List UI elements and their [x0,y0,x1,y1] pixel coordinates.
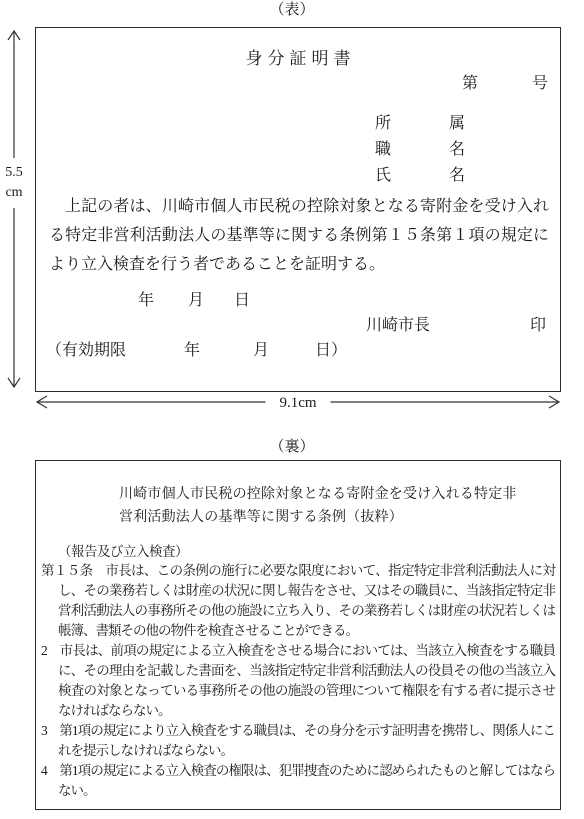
number-suffix: 号 [532,70,548,93]
id-card-front: 身分証明書 第 号 所 属 職 名 氏 名 上記の者は、川崎市個人市民税の控除対… [35,27,561,392]
holder-fields: 所 属 職 名 氏 名 [375,111,465,189]
ordinance-title-line-1: 川崎市個人市民税の控除対象となる寄附金を受け入れる特定非 [119,483,517,506]
clause-item-2: 2 市長は、前項の規定による立入検査をさせる場合においては、当該立入検査をする職… [41,641,555,721]
certification-text: 上記の者は、川崎市個人市民税の控除対象となる寄附金を受け入れる特定非営利活動法人… [49,192,549,279]
field-row-position: 職 名 [375,137,465,163]
field-position-char-1: 職 [375,137,391,163]
field-name-char-2: 名 [449,163,465,189]
back-side-label: （裏） [0,438,584,457]
height-dimension-unit: cm [1,183,27,203]
field-affiliation-char-2: 属 [449,111,465,137]
validity-open: （有効期限 [46,337,126,360]
clause-caption: （報告及び立入検査） [58,540,188,560]
issue-date-line: 年 月 日 [138,287,250,310]
ordinance-title-line-2: 営利活動法人の基準等に関する条例（抜粋） [119,506,517,529]
ordinance-title: 川崎市個人市民税の控除対象となる寄附金を受け入れる特定非 営利活動法人の基準等に… [119,483,517,529]
height-dimension: 5.5 cm [1,28,27,390]
width-dimension: 9.1cm [35,392,561,418]
id-card-back: 川崎市個人市民税の控除対象となる寄附金を受け入れる特定非 営利活動法人の基準等に… [35,460,561,810]
clause-item-3: 3 第1項の規定により立入検査をする職員は、その身分を示す証明書を携帯し、関係人… [41,721,555,761]
clause-item-4: 4 第1項の規定による立入検査の権限は、犯罪捜査のために認められたものと解しては… [41,761,555,801]
issuer-line: 川崎市長 印 [36,312,560,335]
certificate-number-line: 第 号 [462,70,548,93]
number-prefix: 第 [462,70,478,93]
field-affiliation-char-1: 所 [375,111,391,137]
validity-month-label: 月 [253,337,269,360]
clause-article-15: 第１５条 市長は、この条例の施行に必要な限度において、指定特定非営利活動法人に対… [41,561,555,641]
field-position-char-2: 名 [449,137,465,163]
height-dimension-arrow-icon [1,28,27,390]
document-page: （表） 5.5 cm 身分証明書 第 号 所 属 職 名 [0,0,584,819]
height-dimension-value: 5.5 [1,163,27,183]
width-dimension-label: 9.1cm [265,394,330,413]
front-side-label: （表） [0,1,584,20]
ordinance-clauses: 第１５条 市長は、この条例の施行に必要な限度において、指定特定非営利活動法人に対… [41,561,555,801]
date-month-label: 月 [188,287,204,310]
validity-year-label: 年 [184,337,200,360]
card-title: 身分証明書 [36,44,560,69]
issuer-name: 川崎市長 [366,312,430,335]
field-name-char-1: 氏 [375,163,391,189]
field-row-affiliation: 所 属 [375,111,465,137]
height-dimension-label: 5.5 cm [1,158,27,208]
date-year-label: 年 [138,287,154,310]
date-day-label: 日 [234,287,250,310]
validity-day-close: 日） [315,337,347,360]
validity-line: （有効期限 年 月 日） [46,337,347,360]
field-row-name: 氏 名 [375,163,465,189]
seal-mark: 印 [530,312,546,335]
